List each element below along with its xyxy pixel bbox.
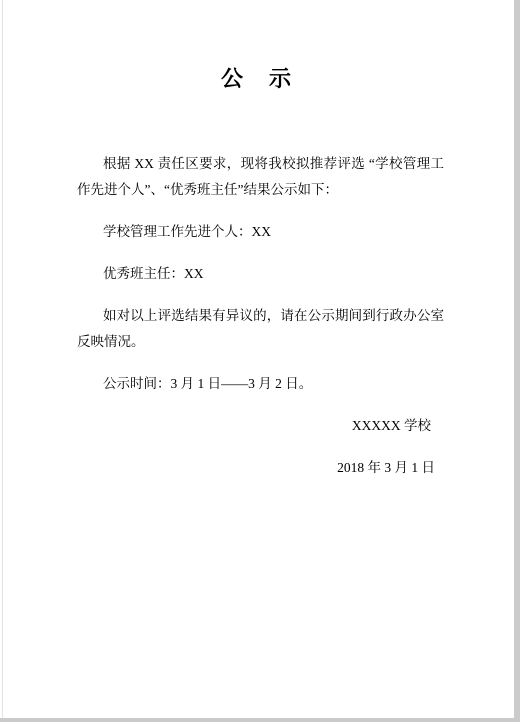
paragraph-objection-notice: 如对以上评选结果有异议的，请在公示期间到行政办公室反映情况。 xyxy=(77,303,444,355)
document-title: 公 示 xyxy=(0,64,514,94)
document-page: 公 示 根据 XX 责任区要求，现将我校拟推荐评选 “学校管理工作先进个人”、“… xyxy=(0,0,514,718)
paragraph-advanced-individual: 学校管理工作先进个人：XX xyxy=(77,219,444,245)
signature-date: 2018 年 3 月 1 日 xyxy=(77,455,444,481)
document-body: 根据 XX 责任区要求，现将我校拟推荐评选 “学校管理工作先进个人”、“优秀班主… xyxy=(77,151,444,481)
paragraph-announcement-period: 公示时间：3 月 1 日——3 月 2 日。 xyxy=(77,371,444,397)
page-left-edge-line xyxy=(2,0,3,718)
paragraph-intro: 根据 XX 责任区要求，现将我校拟推荐评选 “学校管理工作先进个人”、“优秀班主… xyxy=(77,151,444,203)
signature-school: XXXXX 学校 xyxy=(77,413,444,439)
paragraph-excellent-head-teacher: 优秀班主任：XX xyxy=(77,261,444,287)
